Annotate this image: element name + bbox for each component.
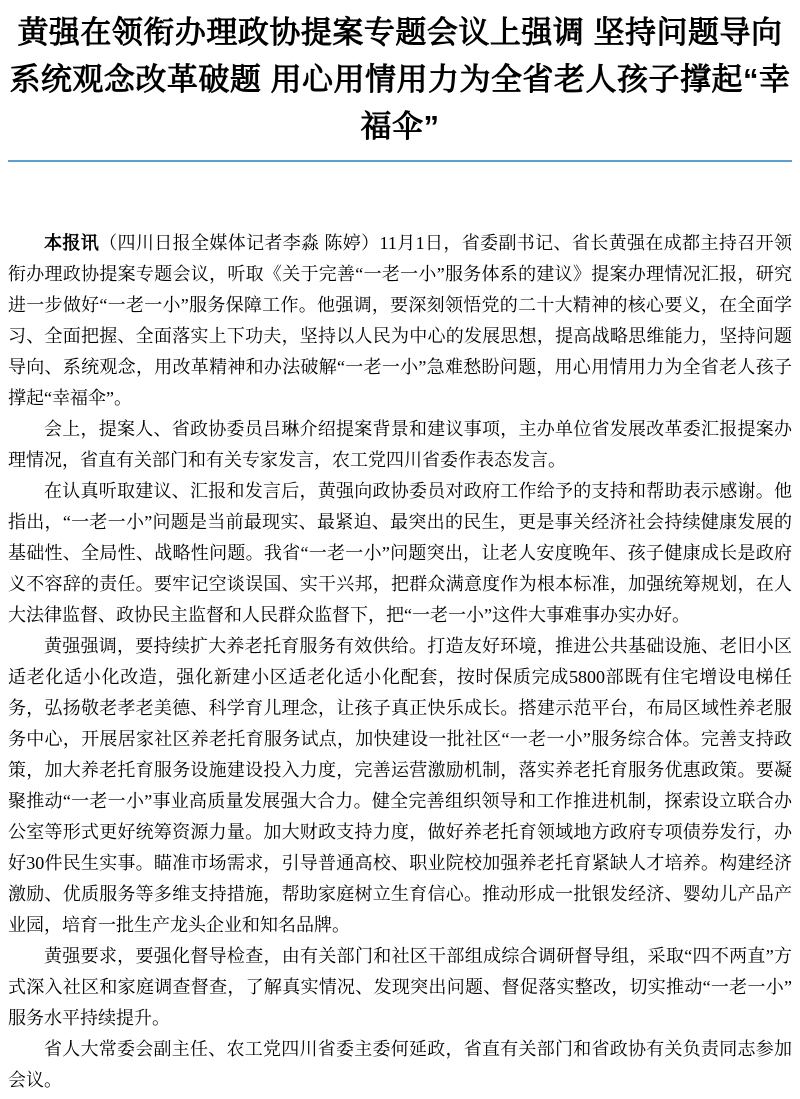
article-paragraph: 在认真听取建议、汇报和发言后，黄强向政协委员对政府工作给予的支持和帮助表示感谢。… [8,476,792,631]
article-body: 本报讯（四川日报全媒体记者李淼 陈婷）11月1日，省委副书记、省长黄强在成都主持… [8,228,792,1096]
article-paragraph: 本报讯（四川日报全媒体记者李淼 陈婷）11月1日，省委副书记、省长黄强在成都主持… [8,228,792,414]
article-page: 黄强在领衔办理政协提案专题会议上强调 坚持问题导向系统观念改革破题 用心用情用力… [0,9,800,1096]
byline-lead: 本报讯 [44,233,99,253]
article-paragraph: 黄强强调，要持续扩大养老托育服务有效供给。打造友好环境，推进公共基础设施、老旧小… [8,631,792,941]
paragraph-text: （四川日报全媒体记者李淼 陈婷）11月1日，省委副书记、省长黄强在成都主持召开领… [8,233,792,408]
article-paragraph: 省人大常委会副主任、农工党四川省委主委何延政，省直有关部门和省政协有关负责同志参… [8,1034,792,1096]
article-paragraph: 会上，提案人、省政协委员吕琳介绍提案背景和建议事项，主办单位省发展改革委汇报提案… [8,414,792,476]
article-title: 黄强在领衔办理政协提案专题会议上强调 坚持问题导向系统观念改革破题 用心用情用力… [8,9,792,150]
title-divider [8,160,792,162]
article-paragraph: 黄强要求，要强化督导检查，由有关部门和社区干部组成综合调研督导组，采取“四不两直… [8,941,792,1034]
